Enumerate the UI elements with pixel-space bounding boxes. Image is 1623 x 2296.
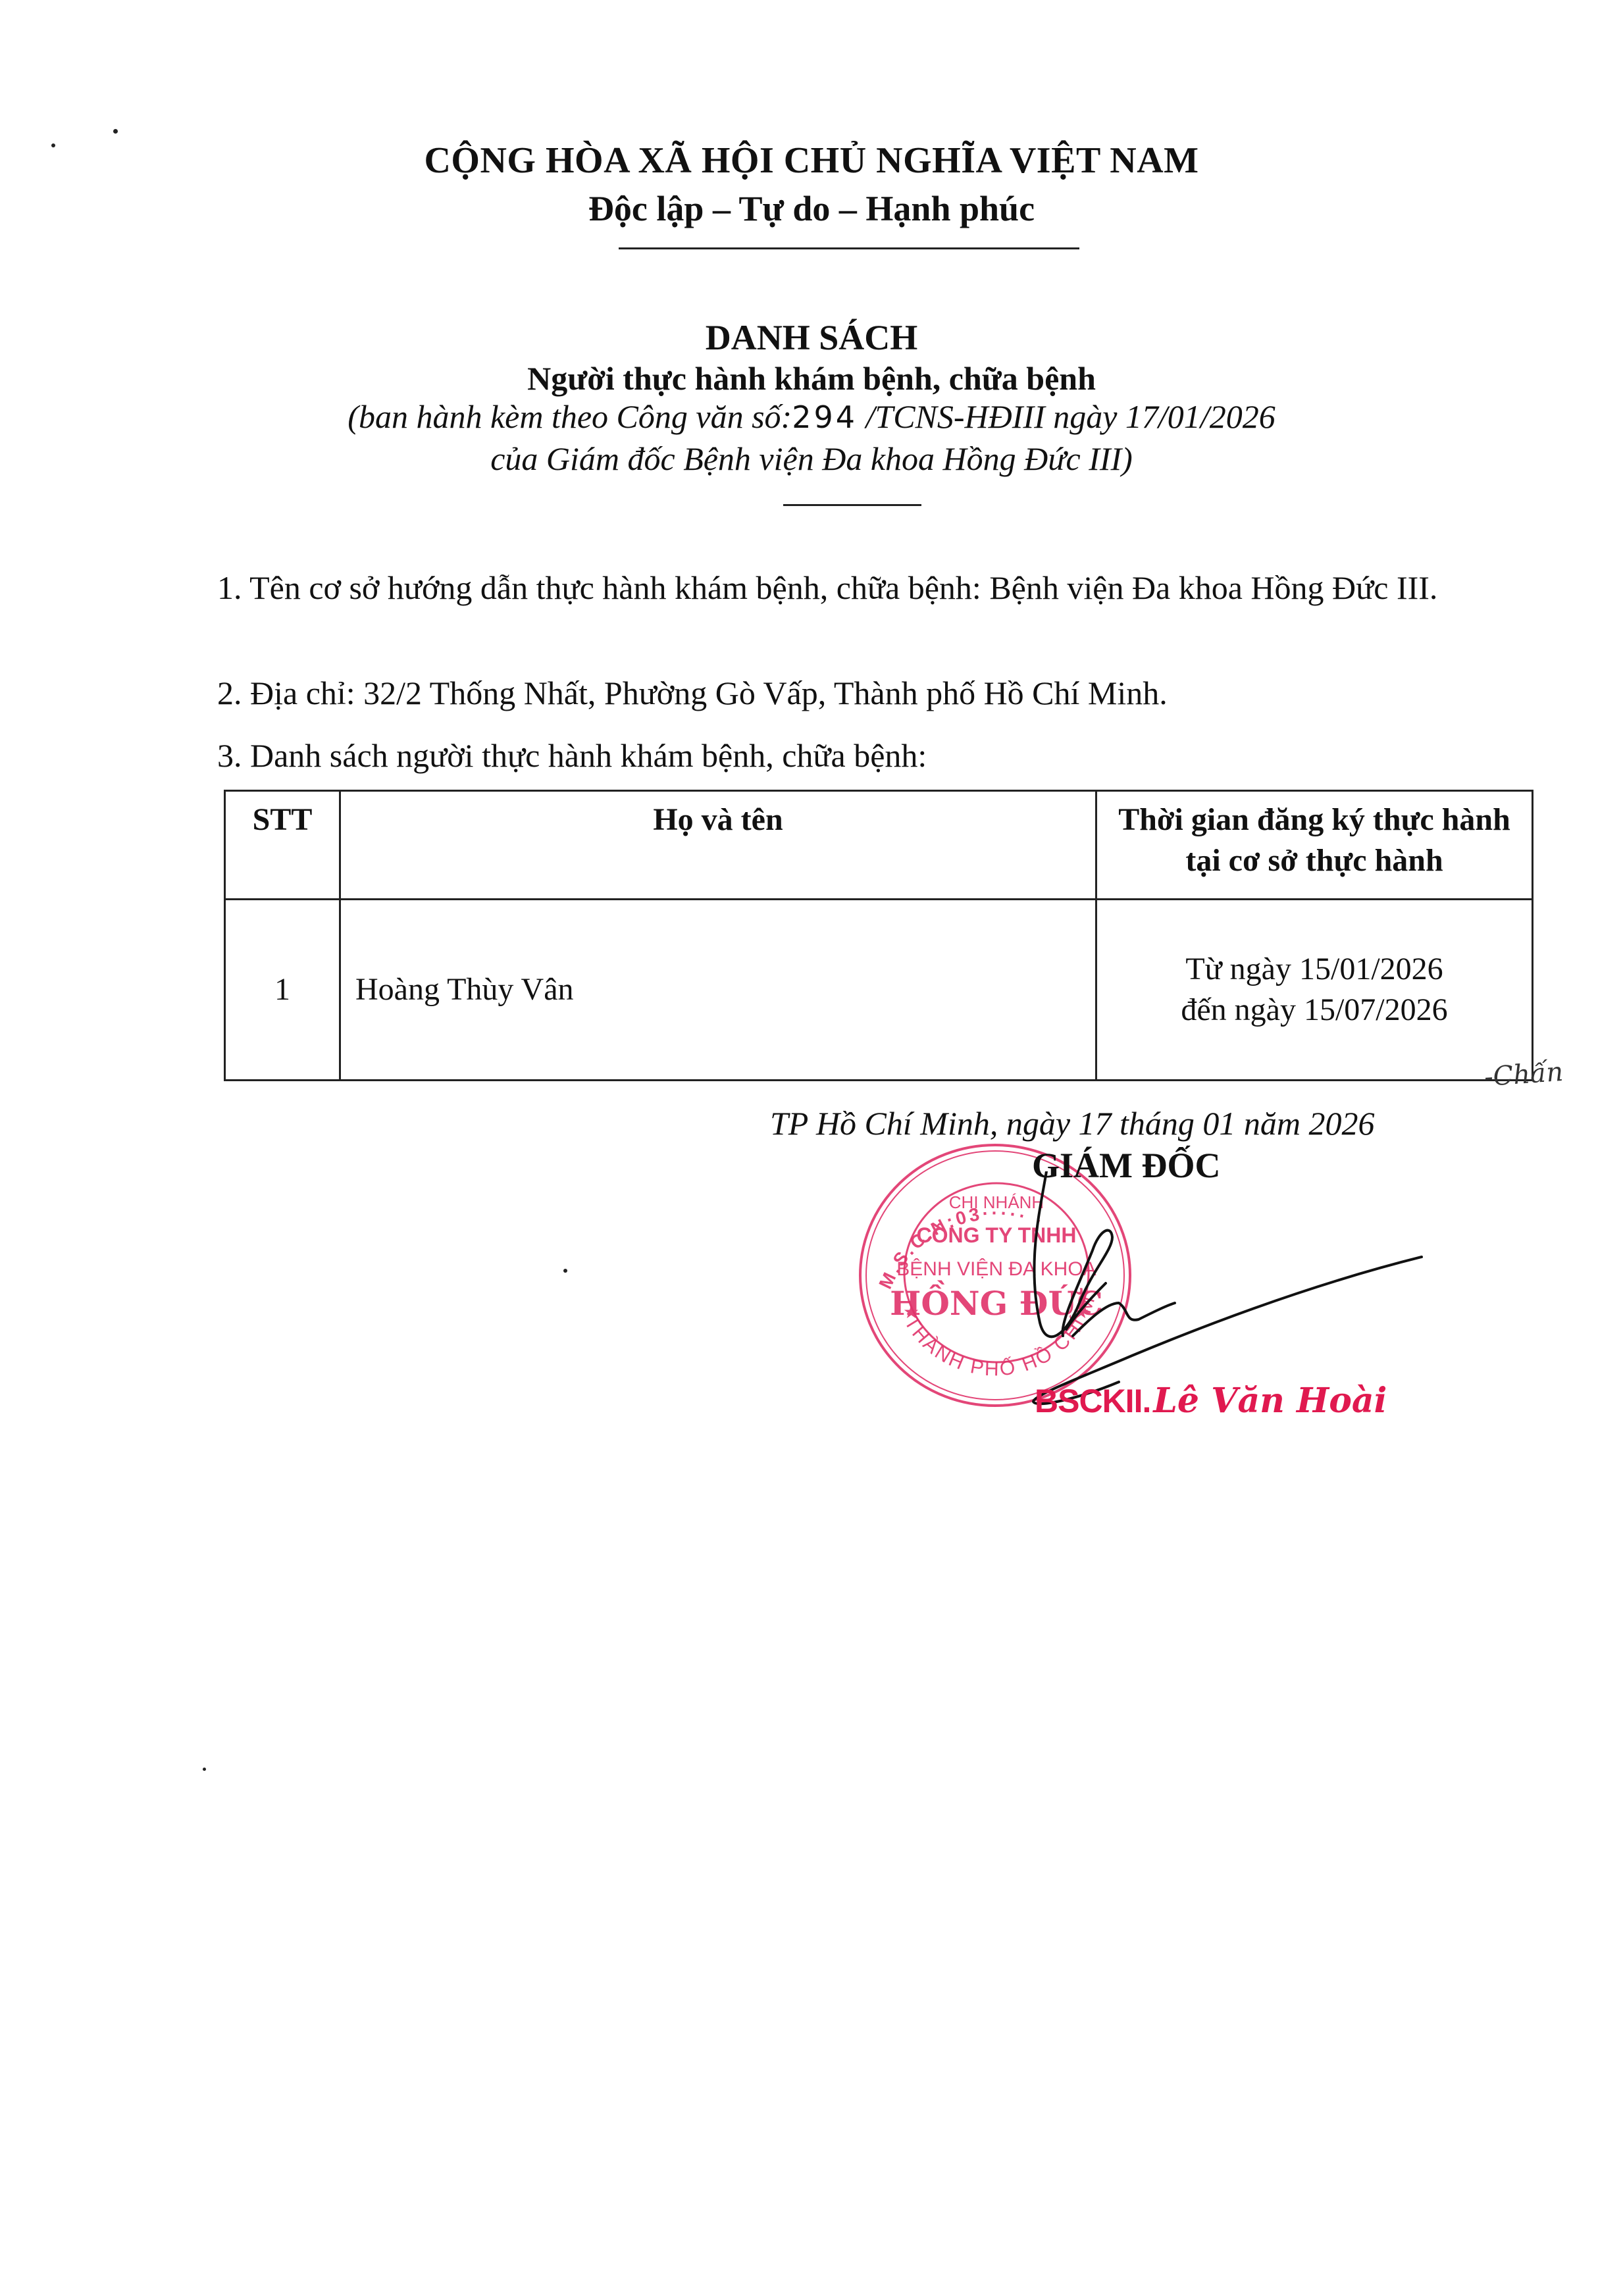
practitioner-table: STT Họ và tên Thời gian đăng ký thực hàn…	[224, 790, 1533, 1081]
document-title: DANH SÁCH	[0, 317, 1623, 358]
cell-time-from: Từ ngày 15/01/2026	[1098, 949, 1531, 990]
scan-speck	[563, 1269, 567, 1273]
header-time-line1: Thời gian đăng ký thực hành	[1104, 800, 1525, 840]
header-name: Họ và tên	[340, 791, 1096, 900]
cell-time: Từ ngày 15/01/2026 đến ngày 15/07/2026	[1096, 900, 1533, 1081]
reference-number-handwritten: 294	[792, 399, 858, 435]
header-divider	[619, 247, 1079, 249]
national-title: CỘNG HÒA XÃ HỘI CHỦ NGHĨA VIỆT NAM	[0, 140, 1623, 182]
title-divider	[783, 504, 921, 506]
item-facility-name: 1. Tên cơ sở hướng dẫn thực hành khám bệ…	[170, 567, 1519, 608]
reference-prefix: (ban hành kèm theo Công văn số:	[348, 398, 792, 435]
document-reference-line2: của Giám đốc Bệnh viện Đa khoa Hồng Đức …	[0, 440, 1623, 478]
table-header-row: STT Họ và tên Thời gian đăng ký thực hàn…	[225, 791, 1533, 900]
scan-speck	[113, 129, 118, 134]
national-motto: Độc lập – Tự do – Hạnh phúc	[0, 188, 1623, 229]
signer-name: BSCKII. Lê Văn Hoài	[1035, 1381, 1387, 1421]
signer-degree: BSCKII.	[1035, 1383, 1150, 1419]
signer-full-name: Lê Văn Hoài	[1153, 1381, 1387, 1421]
header-time-line2: tại cơ sở thực hành	[1104, 840, 1525, 881]
header-time: Thời gian đăng ký thực hành tại cơ sở th…	[1096, 791, 1533, 900]
item-list-intro: 3. Danh sách người thực hành khám bệnh, …	[217, 735, 927, 776]
cell-name: Hoàng Thùy Vân	[340, 900, 1096, 1081]
reference-suffix: /TCNS-HĐIII ngày 17/01/2026	[858, 398, 1275, 435]
table-row: 1 Hoàng Thùy Vân Từ ngày 15/01/2026 đến …	[225, 900, 1533, 1081]
cell-stt: 1	[225, 900, 340, 1081]
document-subtitle: Người thực hành khám bệnh, chữa bệnh	[0, 359, 1623, 397]
signing-place-date: TP Hồ Chí Minh, ngày 17 tháng 01 năm 202…	[770, 1104, 1375, 1142]
handwritten-initials: -Chấn	[1483, 1057, 1564, 1092]
item-address: 2. Địa chỉ: 32/2 Thống Nhất, Phường Gò V…	[217, 673, 1168, 713]
header-stt: STT	[225, 791, 340, 900]
document-reference: (ban hành kèm theo Công văn số:294 /TCNS…	[0, 397, 1623, 436]
cell-time-to: đến ngày 15/07/2026	[1098, 990, 1531, 1031]
scan-speck	[51, 143, 55, 147]
scan-speck	[203, 1768, 206, 1771]
